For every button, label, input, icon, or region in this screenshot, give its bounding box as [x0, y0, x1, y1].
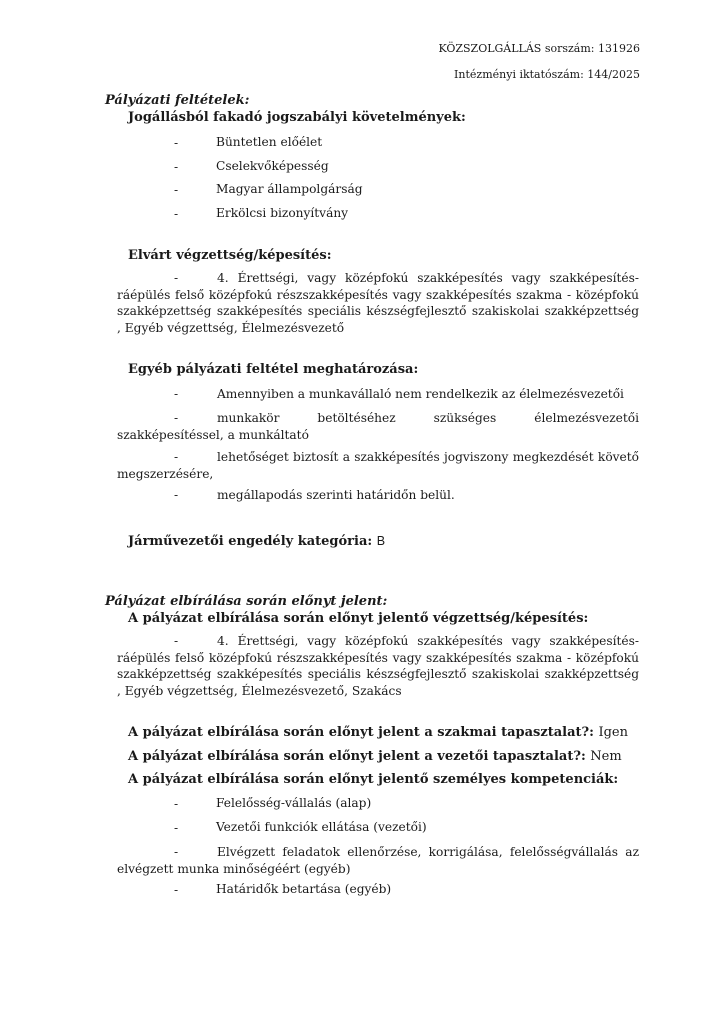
- egyeb-item: -Amennyiben a munkavállaló nem rendelkez…: [117, 386, 639, 403]
- list-dash: -: [117, 270, 217, 287]
- list-item: Erkölcsi bizonyítvány: [216, 206, 348, 220]
- szakmai-tapasztalat-label: A pályázat elbírálása során előnyt jelen…: [128, 725, 594, 740]
- list-item: Magyar állampolgárság: [216, 182, 363, 196]
- list-dash: -: [117, 449, 217, 466]
- list-dash: -: [117, 487, 217, 504]
- list-dash: -: [174, 797, 178, 811]
- subsection-title-vegzettseg: Elvárt végzettség/képesítés:: [128, 248, 332, 263]
- list-item: Felelősség-vállalás (alap): [216, 796, 371, 810]
- list-item: Cselekvőképesség: [216, 159, 329, 173]
- jarmuvezetoi-value: B: [377, 534, 385, 548]
- list-dash: -: [174, 183, 178, 197]
- subsection-title-egyeb: Egyéb pályázati feltétel meghatározása:: [128, 362, 418, 377]
- vegzettseg-paragraph: -4. Érettségi, vagy középfokú szakképesí…: [117, 270, 639, 336]
- list-dash: -: [174, 136, 178, 150]
- section-title-elonyt-jelent: Pályázat elbírálása során előnyt jelent:: [105, 594, 387, 609]
- list-dash: -: [174, 207, 178, 221]
- szakmai-tapasztalat-value: Igen: [598, 725, 628, 740]
- subsection-title-elony-vegzettseg: A pályázat elbírálása során előnyt jelen…: [128, 611, 588, 626]
- vezetoi-tapasztalat-label: A pályázat elbírálása során előnyt jelen…: [128, 749, 586, 764]
- egyeb-item: -lehetőséget biztosít a szakképesítés jo…: [117, 449, 639, 482]
- list-item: -Elvégzett feladatok ellenőrzése, korrig…: [117, 844, 639, 877]
- list-item: Határidők betartása (egyéb): [216, 882, 391, 896]
- list-dash: -: [117, 386, 217, 403]
- egyeb-item: -munkakör betöltéséhez szükséges élelmez…: [117, 410, 639, 443]
- list-dash: -: [174, 883, 178, 897]
- list-dash: -: [117, 410, 217, 427]
- egyeb-item-text: Amennyiben a munkavállaló nem rendelkezi…: [217, 387, 624, 401]
- list-dash: -: [174, 160, 178, 174]
- jarmuvezetoi-row: Járművezetői engedély kategória: B: [128, 534, 385, 549]
- list-dash: -: [117, 633, 217, 650]
- jarmuvezetoi-label: Járművezetői engedély kategória:: [128, 534, 372, 549]
- sorszam: KÖZSZOLGÁLLÁS sorszám: 131926: [438, 42, 640, 55]
- list-dash: -: [117, 844, 217, 861]
- subsection-title-kompetenciak: A pályázat elbírálása során előnyt jelen…: [128, 772, 618, 787]
- egyeb-item: -megállapodás szerinti határidőn belül.: [117, 487, 639, 504]
- list-item: Vezetői funkciók ellátása (vezetői): [216, 820, 427, 834]
- iktatoszam: Intézményi iktatószám: 144/2025: [454, 68, 640, 81]
- list-dash: -: [174, 821, 178, 835]
- egyeb-item-text: megállapodás szerinti határidőn belül.: [217, 488, 455, 502]
- vezetoi-tapasztalat-row: A pályázat elbírálása során előnyt jelen…: [128, 749, 622, 764]
- vezetoi-tapasztalat-value: Nem: [590, 749, 621, 764]
- elony-vegzettseg-paragraph: -4. Érettségi, vagy középfokú szakképesí…: [117, 633, 639, 699]
- list-item: Büntetlen előélet: [216, 135, 322, 149]
- szakmai-tapasztalat-row: A pályázat elbírálása során előnyt jelen…: [128, 725, 628, 740]
- section-title-palyazati-feltetelek: Pályázati feltételek:: [105, 93, 249, 108]
- subsection-title-jogallas: Jogállásból fakadó jogszabályi követelmé…: [128, 110, 466, 125]
